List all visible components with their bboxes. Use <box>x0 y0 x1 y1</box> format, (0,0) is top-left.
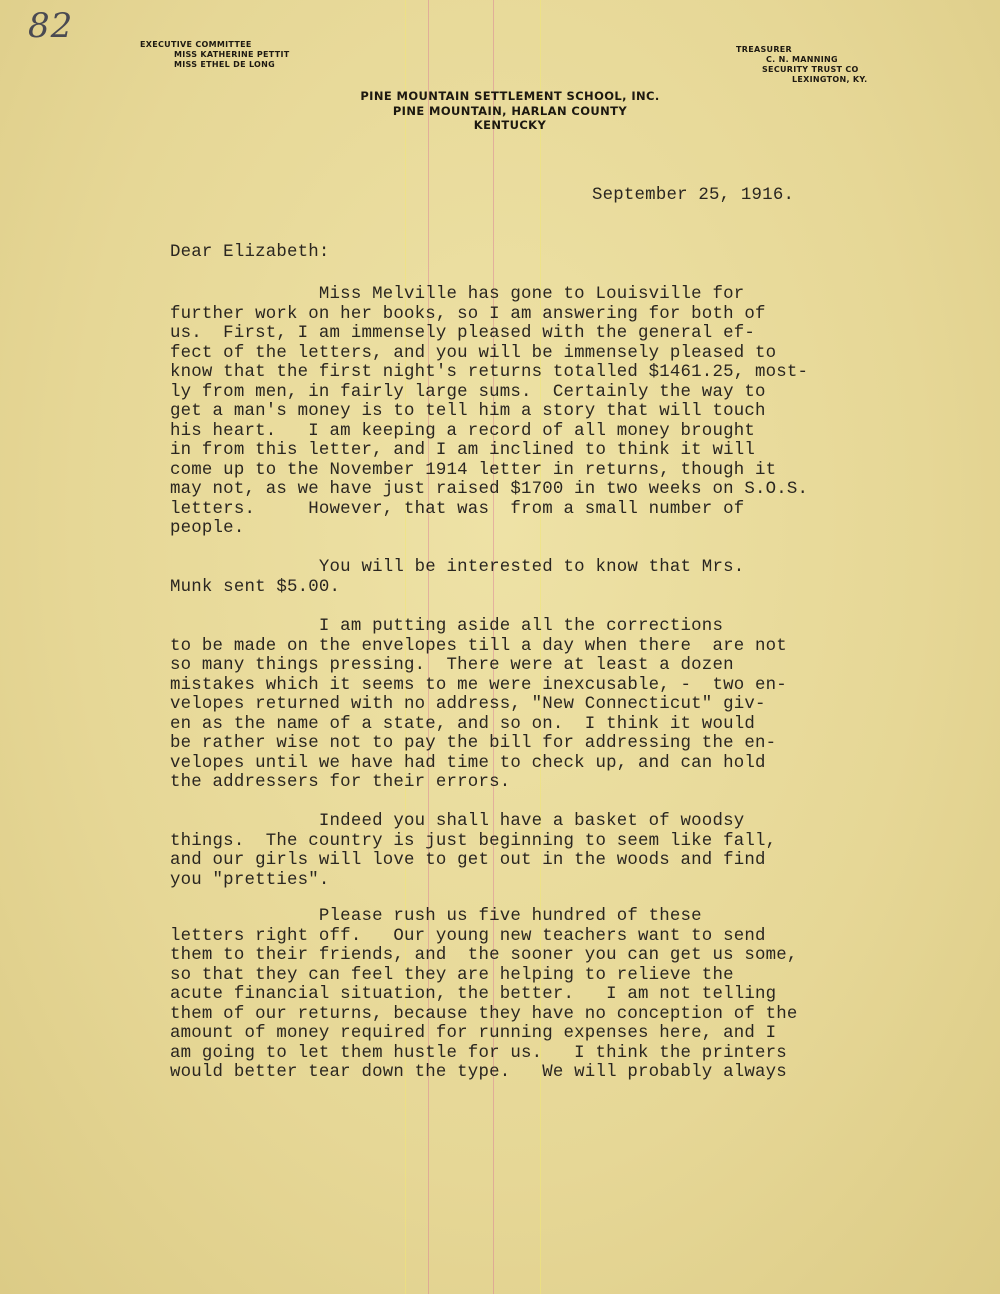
text-line: mistakes which it seems to me were inexc… <box>170 676 787 696</box>
treasurer-institution: Security Trust Co <box>736 65 868 75</box>
text-line: get a man's money is to tell him a story… <box>170 402 808 422</box>
text-line: amount of money required for running exp… <box>170 1024 798 1044</box>
text-line: to be made on the envelopes till a day w… <box>170 637 787 657</box>
letter-page: 82 Executive Committee Miss Katherine Pe… <box>0 0 1000 1294</box>
text-line: Munk sent $5.00. <box>170 578 744 598</box>
text-line: Please rush us five hundred of these <box>170 907 798 927</box>
organization-name: PINE MOUNTAIN SETTLEMENT SCHOOL, INC. <box>320 89 700 104</box>
text-line: ly from men, in fairly large sums. Certa… <box>170 383 808 403</box>
text-line: velopes until we have had time to check … <box>170 754 787 774</box>
text-line: You will be interested to know that Mrs. <box>170 558 744 578</box>
committee-member: Miss Katherine Pettit <box>140 50 290 60</box>
organization-state: KENTUCKY <box>320 118 700 133</box>
text-line: them of our returns, because they have n… <box>170 1005 798 1025</box>
paragraph-3: I am putting aside all the correctionsto… <box>170 617 787 793</box>
text-line: further work on her books, so I am answe… <box>170 305 808 325</box>
text-line: Miss Melville has gone to Louisville for <box>170 285 808 305</box>
text-line: the addressers for their errors. <box>170 773 787 793</box>
treasurer-name: C. N. Manning <box>736 55 868 65</box>
text-line: I am putting aside all the corrections <box>170 617 787 637</box>
text-line: would better tear down the type. We will… <box>170 1063 798 1083</box>
letter-date: September 25, 1916. <box>592 186 794 205</box>
text-line: be rather wise not to pay the bill for a… <box>170 734 787 754</box>
executive-committee-block: Executive Committee Miss Katherine Petti… <box>140 40 290 70</box>
paragraph-2: You will be interested to know that Mrs.… <box>170 558 744 597</box>
text-line: us. First, I am immensely pleased with t… <box>170 324 808 344</box>
text-line: them to their friends, and the sooner yo… <box>170 946 798 966</box>
paragraph-5: Please rush us five hundred of theselett… <box>170 907 798 1083</box>
treasurer-title: Treasurer <box>736 45 868 55</box>
text-line: you "pretties". <box>170 871 776 891</box>
text-line: and our girls will love to get out in th… <box>170 851 776 871</box>
text-line: things. The country is just beginning to… <box>170 832 776 852</box>
committee-member: Miss Ethel de Long <box>140 60 290 70</box>
paragraph-4: Indeed you shall have a basket of woodsy… <box>170 812 776 890</box>
text-line: his heart. I am keeping a record of all … <box>170 422 808 442</box>
treasurer-block: Treasurer C. N. Manning Security Trust C… <box>736 45 868 85</box>
text-line: en as the name of a state, and so on. I … <box>170 715 787 735</box>
text-line: in from this letter, and I am inclined t… <box>170 441 808 461</box>
text-line: velopes returned with no address, "New C… <box>170 695 787 715</box>
text-line: Indeed you shall have a basket of woodsy <box>170 812 776 832</box>
text-line: acute financial situation, the better. I… <box>170 985 798 1005</box>
text-line: may not, as we have just raised $1700 in… <box>170 480 808 500</box>
handwritten-folio-number: 82 <box>28 6 73 46</box>
executive-committee-title: Executive Committee <box>140 40 290 50</box>
text-line: fect of the letters, and you will be imm… <box>170 344 808 364</box>
paragraph-1: Miss Melville has gone to Louisville for… <box>170 285 808 539</box>
text-line: people. <box>170 519 808 539</box>
text-line: am going to let them hustle for us. I th… <box>170 1044 798 1064</box>
text-line: so that they can feel they are helping t… <box>170 966 798 986</box>
treasurer-location: Lexington, Ky. <box>736 75 868 85</box>
letter-salutation: Dear Elizabeth: <box>170 243 330 262</box>
organization-letterhead: PINE MOUNTAIN SETTLEMENT SCHOOL, INC. PI… <box>320 89 700 133</box>
organization-address: PINE MOUNTAIN, HARLAN COUNTY <box>320 104 700 119</box>
text-line: know that the first night's returns tota… <box>170 363 808 383</box>
text-line: letters right off. Our young new teacher… <box>170 927 798 947</box>
text-line: so many things pressing. There were at l… <box>170 656 787 676</box>
text-line: letters. However, that was from a small … <box>170 500 808 520</box>
text-line: come up to the November 1914 letter in r… <box>170 461 808 481</box>
